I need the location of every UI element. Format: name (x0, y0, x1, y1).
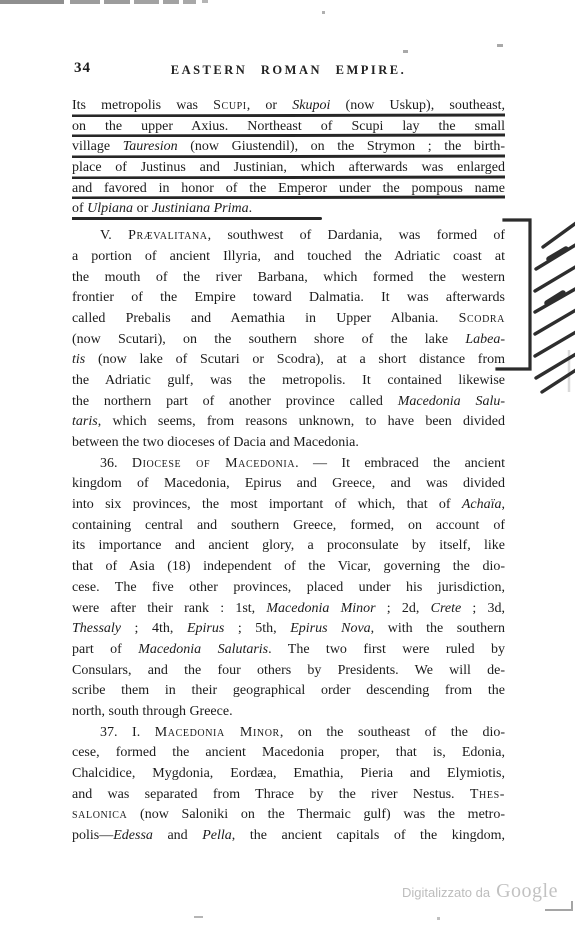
text-segment: the Adriatic gulf, was the metropolis. I… (72, 373, 505, 388)
text-segment: Macedonia Minor (155, 725, 280, 740)
text-line: frontier of the Empire toward Dalmatia. … (72, 288, 505, 309)
text-segment: , the ancient capitals of the kingdom, (232, 828, 505, 843)
text-line: place of Justinus and Justinian, which a… (72, 158, 505, 179)
text-segment: cese. The five other provinces, placed u… (72, 580, 505, 595)
text-line: of Ulpiana or Justiniana Prima. (72, 199, 505, 220)
text-line: and was separated from Thrace by the riv… (72, 785, 505, 806)
text-segment: Ulpiana (87, 201, 133, 216)
scan-speck (194, 916, 203, 918)
text-line: north, south through Greece. (72, 702, 505, 723)
text-segment: its importance and ancient glory, a proc… (72, 538, 505, 553)
text-segment: Thessaly (72, 621, 121, 636)
text-line: into six provinces, the most important o… (72, 495, 505, 516)
scan-corner-mark (545, 909, 573, 911)
running-header-title: EASTERN ROMAN EMPIRE. (72, 63, 505, 78)
text-line: cese. The five other provinces, placed u… (72, 578, 505, 599)
text-segment: called Prebalis and Aemathia in Upper Al… (72, 311, 459, 326)
text-segment: ; 3d, (461, 601, 505, 616)
text-segment: Macedonia Salu- (398, 394, 505, 409)
text-line: the Adriatic gulf, was the metropolis. I… (72, 371, 505, 392)
text-segment: a portion of ancient Illyria, and touche… (72, 249, 505, 264)
text-segment: Tauresion (123, 139, 178, 154)
text-line: between the two dioceses of Dacia and Ma… (72, 433, 505, 454)
text-segment: ; 2d, (376, 601, 431, 616)
scan-speck (403, 50, 408, 53)
text-line: Chalcidice, Mygdonia, Eordæa, Emathia, P… (72, 764, 505, 785)
watermark-text: Digitalizzato da (402, 885, 490, 900)
text-segment: on the upper Axius. Northeast of Scupi l… (72, 119, 505, 134)
text-segment: Skupoi (292, 98, 330, 113)
text-line: the northern part of another province ca… (72, 392, 505, 413)
text-line: part of Macedonia Salutaris. The two fir… (72, 640, 505, 661)
scan-artifact-top-dash (70, 0, 100, 4)
text-segment: (now Saloniki on the Thermaic gulf) was … (127, 807, 505, 822)
paragraph-0: Its metropolis was Scupi, or Skupoi (now… (72, 96, 505, 220)
text-segment: or (133, 201, 152, 216)
text-line: cese, formed the ancient Macedonia prope… (72, 743, 505, 764)
text-segment: Diocese of Macedonia (132, 456, 295, 471)
text-segment: 37. I. (100, 725, 155, 740)
text-line: kingdom of Macedonia, Epirus and Greece,… (72, 474, 505, 495)
text-line: a portion of ancient Illyria, and touche… (72, 247, 505, 268)
text-line: (now Scutari), on the southern shore of … (72, 330, 505, 351)
text-segment: Macedonia Salutaris (138, 642, 268, 657)
text-line: called Prebalis and Aemathia in Upper Al… (72, 309, 505, 330)
text-line: the mouth of the river Barbana, which fo… (72, 268, 505, 289)
text-segment: into six provinces, the most important o… (72, 497, 462, 512)
scan-artifact-top-dash (163, 0, 179, 4)
text-segment: (now Scutari), on the southern shore of … (72, 332, 465, 347)
text-segment: frontier of the Empire toward Dalmatia. … (72, 290, 505, 305)
text-segment: . The two first were ruled by (268, 642, 505, 657)
text-segment: . — It embraced the ancient (295, 456, 505, 471)
text-segment: the mouth of the river Barbana, which fo… (72, 270, 505, 285)
paragraph-2: 36. Diocese of Macedonia. — It embraced … (72, 454, 505, 723)
text-segment: tis (72, 352, 85, 367)
text-segment: Pella (202, 828, 232, 843)
text-segment: part of (72, 642, 138, 657)
scan-artifact-top-dash (183, 0, 196, 4)
text-segment: Edessa (113, 828, 153, 843)
paragraph-3: 37. I. Macedonia Minor, on the southeast… (72, 723, 505, 847)
text-segment: the northern part of another province ca… (72, 394, 398, 409)
scanned-book-page: 34 EASTERN ROMAN EMPIRE. Its metropolis … (0, 0, 575, 925)
text-line: polis—Edessa and Pella, the ancient capi… (72, 826, 505, 847)
text-segment: ; 5th, (224, 621, 290, 636)
text-segment: Epirus Nova (290, 621, 370, 636)
margin-hatch-marks (535, 223, 575, 392)
text-line: Thessaly ; 4th, Epirus ; 5th, Epirus Nov… (72, 619, 505, 640)
text-segment: 36. (100, 456, 132, 471)
text-segment: ; 4th, (121, 621, 187, 636)
text-line: were after their rank : 1st, Macedonia M… (72, 599, 505, 620)
text-segment: and favored in honor of the Emperor unde… (72, 181, 505, 196)
text-segment: , southwest of Dardania, was formed of (208, 228, 505, 243)
text-segment: that of Asia (18) independent of the Vic… (72, 559, 505, 574)
scan-speck (497, 44, 503, 47)
text-segment: kingdom of Macedonia, Epirus and Greece,… (72, 476, 505, 491)
text-segment: Epirus (187, 621, 224, 636)
text-segment: taris (72, 414, 98, 429)
text-segment: village (72, 139, 123, 154)
scan-artifact-top-bar (0, 0, 64, 4)
text-line: Its metropolis was Scupi, or Skupoi (now… (72, 96, 505, 117)
paragraph-1: V. Prævalitana, southwest of Dardania, w… (72, 226, 505, 454)
text-segment: , (502, 497, 506, 512)
text-segment: were after their rank : 1st, (72, 601, 266, 616)
text-segment: salonica (72, 807, 127, 822)
text-segment: between the two dioceses of Dacia and Ma… (72, 435, 359, 450)
scan-speck (437, 917, 440, 920)
text-segment: Labea- (465, 332, 505, 347)
text-segment: and was separated from Thrace by the riv… (72, 787, 470, 802)
scan-speck (322, 11, 325, 14)
scan-corner-mark (571, 901, 573, 911)
text-segment: Achaïa (462, 497, 502, 512)
text-line: containing central and southern Greece, … (72, 516, 505, 537)
text-segment: polis— (72, 828, 113, 843)
text-segment: , with the southern (371, 621, 505, 636)
text-segment: . (249, 201, 253, 216)
text-segment: V. (100, 228, 128, 243)
text-segment: and (153, 828, 202, 843)
text-segment: Thes- (470, 787, 505, 802)
text-line: on the upper Axius. Northeast of Scupi l… (72, 117, 505, 138)
text-segment: Prævalitana (128, 228, 208, 243)
text-segment: (now lake of Scutari or Scodra), at a sh… (85, 352, 505, 367)
text-line: 37. I. Macedonia Minor, on the southeast… (72, 723, 505, 744)
text-line: taris, which seems, from reasons unknown… (72, 412, 505, 433)
text-segment: Chalcidice, Mygdonia, Eordæa, Emathia, P… (72, 766, 505, 781)
text-line: its importance and ancient glory, a proc… (72, 536, 505, 557)
text-segment: Its metropolis was (72, 98, 213, 113)
text-segment: (now Uskup), southeast, (330, 98, 505, 113)
text-line: salonica (now Saloniki on the Thermaic g… (72, 805, 505, 826)
text-line: Consulars, and the four others by Presid… (72, 661, 505, 682)
scan-artifact-top-dash (202, 0, 208, 3)
text-line: village Tauresion (now Giustendil), on t… (72, 137, 505, 158)
text-segment: Macedonia Minor (266, 601, 375, 616)
body-text-block: Its metropolis was Scupi, or Skupoi (now… (72, 96, 505, 847)
text-segment: Crete (431, 601, 462, 616)
text-line: scribe them in their geographical order … (72, 681, 505, 702)
text-segment: Scupi (213, 98, 247, 113)
text-segment: Scodra (459, 311, 505, 326)
text-line: 36. Diocese of Macedonia. — It embraced … (72, 454, 505, 475)
text-line: and favored in honor of the Emperor unde… (72, 179, 505, 200)
text-segment: of (72, 201, 87, 216)
text-segment: scribe them in their geographical order … (72, 683, 505, 698)
text-segment: cese, formed the ancient Macedonia prope… (72, 745, 505, 760)
text-line: tis (now lake of Scutari or Scodra), at … (72, 350, 505, 371)
text-segment: containing central and southern Greece, … (72, 518, 505, 533)
text-line: that of Asia (18) independent of the Vic… (72, 557, 505, 578)
scan-artifact-top-dash (104, 0, 130, 4)
text-segment: (now Giustendil), on the Strymon ; the b… (178, 139, 505, 154)
text-segment: , on the southeast of the dio- (280, 725, 505, 740)
text-segment: north, south through Greece. (72, 704, 233, 719)
google-logo-text: Google (496, 880, 558, 903)
text-segment: Consulars, and the four others by Presid… (72, 663, 505, 678)
google-watermark: Digitalizzato da Google (402, 880, 558, 903)
text-line: V. Prævalitana, southwest of Dardania, w… (72, 226, 505, 247)
text-segment: place of Justinus and Justinian, which a… (72, 160, 505, 175)
scan-artifact-top-dash (134, 0, 159, 4)
text-segment: Justiniana Prima (152, 201, 249, 216)
text-segment: , or (247, 98, 293, 113)
text-segment: , which seems, from reasons unknown, to … (98, 414, 505, 429)
